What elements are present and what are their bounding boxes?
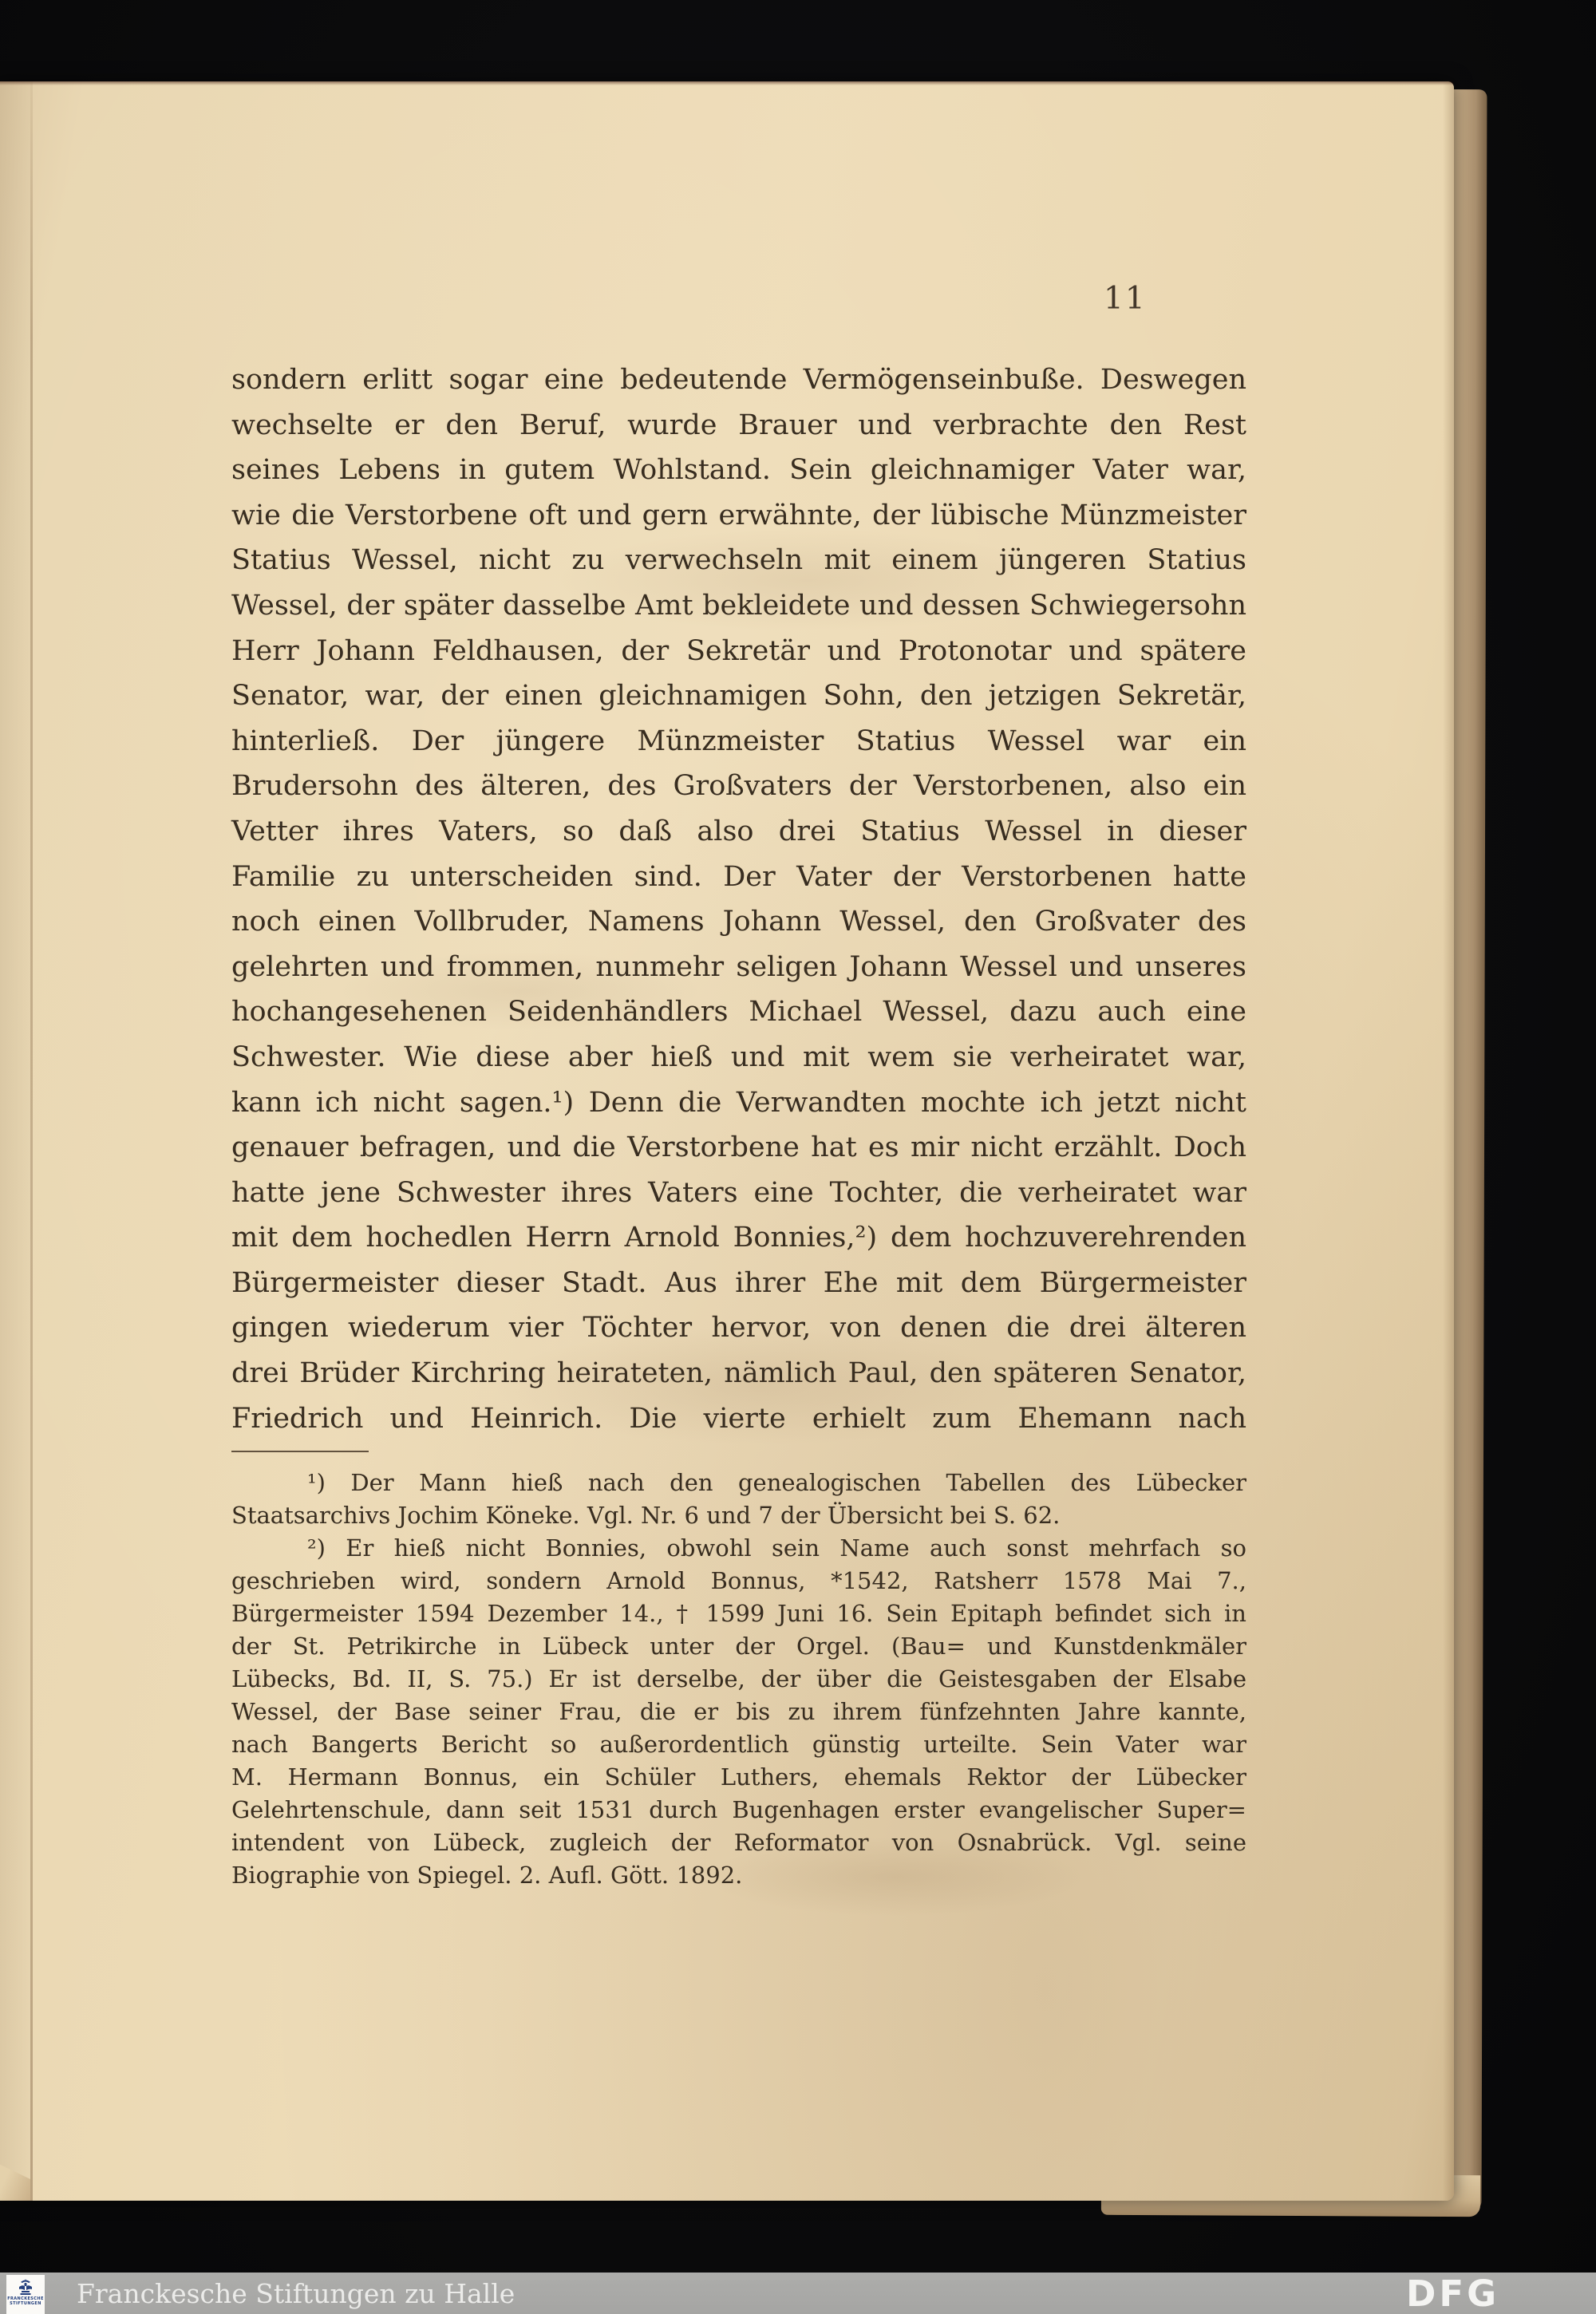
body-text-line: Schwester. Wie diese aber hieß und mit w… <box>231 1035 1246 1080</box>
body-text-line: Statius Wessel, nicht zu verwechseln mit… <box>231 538 1246 583</box>
body-text-line: Wessel, der später dasselbe Amt bekleide… <box>231 583 1246 629</box>
body-text-line: Familie zu unterscheiden sind. Der Vater… <box>231 855 1246 900</box>
body-text-line: kann ich nicht sagen.¹) Denn die Verwand… <box>231 1080 1246 1126</box>
footnote-line: nach Bangerts Bericht so außerordentlich… <box>231 1728 1246 1761</box>
footnote-line: Bürgermeister 1594 Dezember 14., † 1599 … <box>231 1597 1246 1630</box>
dfg-logo: DFG <box>1406 2273 1499 2314</box>
gutter-crease <box>30 81 33 2201</box>
body-text-line: Bürgermeister dieser Stadt. Aus ihrer Eh… <box>231 1261 1246 1306</box>
body-text-line: Vetter ihres Vaters, so daß also drei St… <box>231 809 1246 855</box>
body-text-line: wechselte er den Beruf, wurde Brauer und… <box>231 403 1246 448</box>
body-text-line: Senator, war, der einen gleichnamigen So… <box>231 673 1246 719</box>
footnote-line: M. Hermann Bonnus, ein Schüler Luthers, … <box>231 1761 1246 1794</box>
footnote-line: ²) Er hieß nicht Bonnies, obwohl sein Na… <box>231 1532 1246 1565</box>
body-text-line: Friedrich und Heinrich. Die vierte erhie… <box>231 1396 1246 1442</box>
body-text-line: hochangesehenen Seidenhändlers Michael W… <box>231 989 1246 1035</box>
book-page: 11 sondern erlitt sogar eine bedeutende … <box>0 81 1454 2201</box>
logo-text-line: STIFTUNGEN <box>10 2301 41 2306</box>
scan-background: 11 sondern erlitt sogar eine bedeutende … <box>0 0 1596 2314</box>
body-text-line: hatte jene Schwester ihres Vaters eine T… <box>231 1171 1246 1216</box>
footnote-line: Gelehrtenschule, dann seit 1531 durch Bu… <box>231 1794 1246 1826</box>
footnote-line: Biographie von Spiegel. 2. Aufl. Gött. 1… <box>231 1859 1246 1892</box>
body-text-line: gingen wiederum vier Töchter hervor, von… <box>231 1305 1246 1351</box>
body-text-line: noch einen Vollbruder, Namens Johann Wes… <box>231 899 1246 945</box>
body-text-line: sondern erlitt sogar eine bedeutende Ver… <box>231 357 1246 403</box>
footnote-line: intendent von Lübeck, zugleich der Refor… <box>231 1826 1246 1859</box>
eagle-sun-emblem-icon <box>16 2277 35 2296</box>
footnote-line: Wessel, der Base seiner Frau, die er bis… <box>231 1696 1246 1728</box>
body-text-line: Brudersohn des älteren, des Großvaters d… <box>231 764 1246 809</box>
body-text-line: genauer befragen, und die Verstorbene ha… <box>231 1125 1246 1171</box>
footnote-line: ¹) Der Mann hieß nach den genealogischen… <box>231 1467 1246 1499</box>
body-text-line: seines Lebens in gutem Wohlstand. Sein g… <box>231 448 1246 493</box>
digitization-footer-bar: FRANCKESCHE STIFTUNGEN Franckesche Stift… <box>0 2273 1596 2314</box>
footnote-line: geschrieben wird, sondern Arnold Bonnus,… <box>231 1565 1246 1597</box>
text-block: sondern erlitt sogar eine bedeutende Ver… <box>231 357 1246 1892</box>
gutter-shading <box>0 81 30 2201</box>
institution-name: Franckesche Stiftungen zu Halle <box>77 2273 515 2314</box>
body-text-line: mit dem hochedlen Herrn Arnold Bonnies,²… <box>231 1215 1246 1261</box>
footnote-separator <box>231 1451 369 1452</box>
footnote-line: der St. Petrikirche in Lübeck unter der … <box>231 1630 1246 1663</box>
footnote-line: Lübecks, Bd. II, S. 75.) Er ist derselbe… <box>231 1663 1246 1696</box>
body-text-line: drei Brüder Kirchring heirateten, nämlic… <box>231 1351 1246 1396</box>
body-text-line: wie die Verstorbene oft und gern erwähnt… <box>231 493 1246 539</box>
page-number: 11 <box>1104 281 1147 317</box>
body-text-line: gelehrten und frommen, nunmehr seligen J… <box>231 945 1246 990</box>
footnote-line: Staatsarchivs Jochim Köneke. Vgl. Nr. 6 … <box>231 1499 1246 1532</box>
body-text-line: Herr Johann Feldhausen, der Sekretär und… <box>231 629 1246 674</box>
body-text-line: hinterließ. Der jüngere Münzmeister Stat… <box>231 719 1246 764</box>
franckesche-stiftungen-logo: FRANCKESCHE STIFTUNGEN <box>6 2275 45 2314</box>
